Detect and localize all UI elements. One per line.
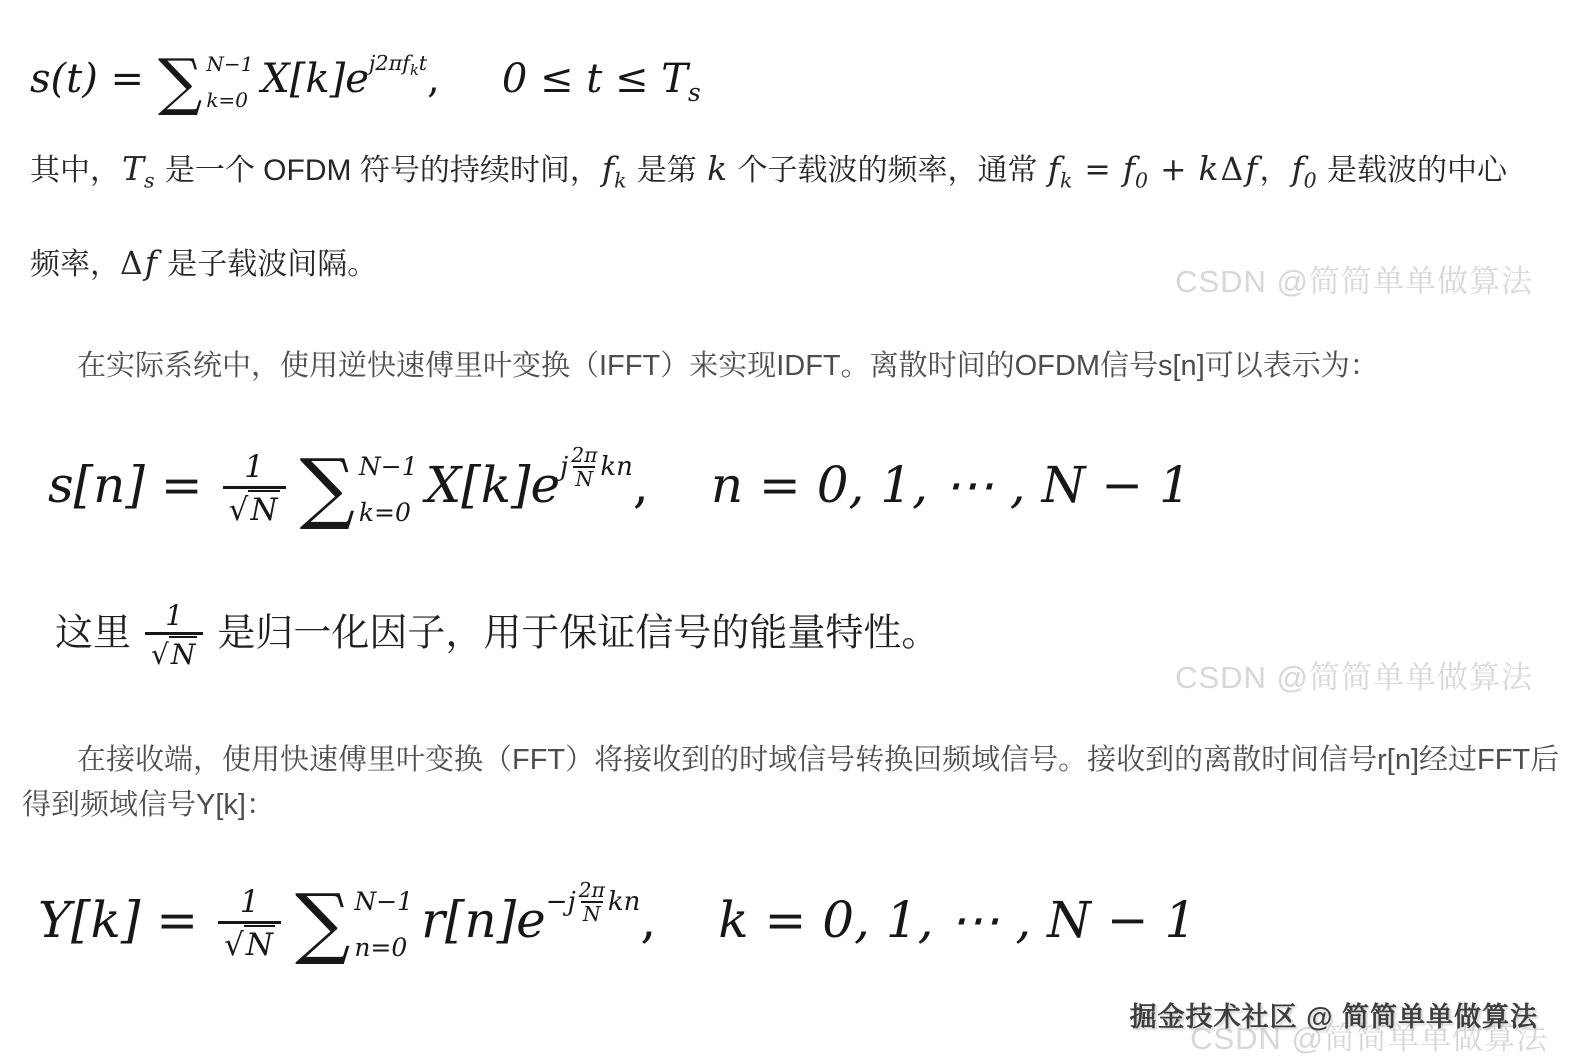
formula-range: n = 0, 1, ⋯ , N − 1	[711, 456, 1191, 514]
math-delta: Δ	[120, 246, 143, 282]
sum-upper-limit: N−1	[354, 887, 413, 916]
math-var-fk: fk	[1048, 149, 1073, 188]
watermark-csdn: CSDN @简简单单做算法	[1175, 652, 1533, 697]
formula-condition: 0 ≤ t ≤ Ts	[502, 56, 701, 102]
math-var-Ts: Ts	[122, 149, 155, 188]
article-page: s(t) =∑N−1k=0X[k]ej2πfkt,0 ≤ t ≤ Ts 其中，T…	[0, 0, 1588, 1057]
formula-body: X[k]e	[261, 56, 369, 102]
watermark-juejin: 掘金技术社区 @ 简简单单做算法	[1130, 995, 1538, 1034]
formula-range: k = 0, 1, ⋯ , N − 1	[718, 891, 1196, 949]
math-var-k: k	[1198, 149, 1218, 188]
paragraph-ifft-intro: 在实际系统中，使用逆快速傅里叶变换（IFFT）来实现IDFT。离散时间的OFDM…	[22, 344, 1567, 389]
summation-symbol: ∑N−1n=0	[295, 887, 413, 962]
formula-fft-output: Y[k] =1√N∑N−1n=0r[n]e−j2πNkn,k = 0, 1, ⋯…	[38, 885, 1196, 963]
math-var-f: f	[1245, 149, 1257, 188]
formula-lhs: s(t) =	[30, 56, 144, 102]
math-var-f0: f0	[1123, 149, 1148, 188]
sum-lower-limit: n=0	[354, 933, 413, 962]
formula-discrete-ofdm-signal: s[n] =1√N∑N−1k=0X[k]ej2πNkn,n = 0, 1, ⋯ …	[48, 450, 1191, 528]
sum-lower-limit: k=0	[206, 88, 253, 112]
formula-body: X[k]e	[426, 456, 561, 514]
watermark-csdn: CSDN @简简单单做算法	[1175, 256, 1533, 301]
formula-exponent: −j2πNkn	[546, 887, 641, 917]
math-var-f0: f0	[1291, 149, 1316, 188]
normalization-fraction: 1√N	[145, 600, 203, 671]
sum-upper-limit: N−1	[359, 452, 418, 481]
math-delta: Δ	[1220, 152, 1243, 188]
math-var-fk: fk	[602, 149, 627, 188]
formula-continuous-ofdm-signal: s(t) =∑N−1k=0X[k]ej2πfkt,0 ≤ t ≤ Ts	[30, 52, 701, 112]
formula-exponent: j2πfkt	[369, 51, 427, 75]
text-normalization-note: 这里1√N是归一化因子，用于保证信号的能量特性。	[55, 600, 939, 671]
math-var-f: f	[145, 243, 157, 282]
formula-lhs: s[n] =	[48, 456, 203, 514]
summation-symbol: ∑N−1k=0	[158, 52, 253, 112]
paragraph-fft-receiver: 在接收端，使用快速傅里叶变换（FFT）将接收到的时域信号转换回频域信号。接收到的…	[22, 738, 1570, 828]
math-var-k: k	[707, 149, 727, 188]
formula-exponent: j2πNkn	[560, 452, 633, 482]
sum-lower-limit: k=0	[359, 498, 418, 527]
formula-lhs: Y[k] =	[38, 891, 198, 949]
normalization-fraction: 1√N	[223, 450, 286, 528]
formula-body: r[n]e	[421, 891, 546, 949]
normalization-fraction: 1√N	[218, 885, 281, 963]
summation-symbol: ∑N−1k=0	[300, 452, 418, 527]
sum-upper-limit: N−1	[206, 52, 253, 76]
